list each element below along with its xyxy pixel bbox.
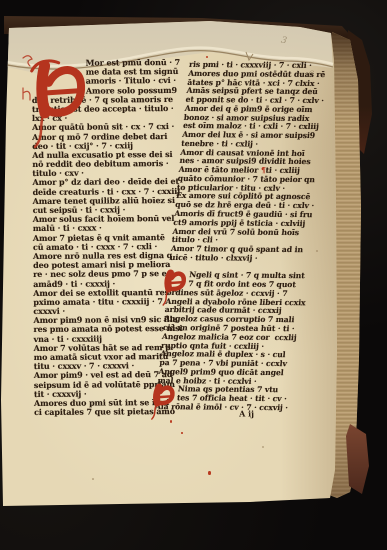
stain-speck <box>92 478 94 480</box>
pilcrow-mark: ¶ <box>260 166 266 175</box>
text-block: A Mor est pmū donū · 7me data est tm sig… <box>0 0 344 515</box>
red-ink-dot <box>208 471 211 475</box>
red-ink-dot <box>206 56 208 58</box>
photo-background: 3 6 A Mor est pmū donū · 7me data est tm… <box>0 0 387 550</box>
stain-speck <box>262 446 264 448</box>
red-ink-dot <box>170 420 172 423</box>
text-line: Angeloz malicia 7 eoz cor ccxlij <box>162 332 289 342</box>
manuscript-page: 3 6 A Mor est pmū donū · 7me data est tm… <box>0 0 342 514</box>
stain-speck <box>316 250 318 252</box>
illuminated-initial-anima <box>150 383 178 421</box>
illuminated-initial-angeli <box>161 269 189 307</box>
illuminated-initial-amor <box>29 57 90 153</box>
text-line: uicē · titulo · clxxvij · <box>170 253 297 263</box>
text-line: Amores duo pmi ostēdūt duas rē <box>188 69 315 79</box>
red-ink-dot <box>181 432 183 434</box>
text-line: nō reddit deo debitum amoris · <box>32 158 192 168</box>
text-line: Amor solus facit hoīem bonū vel <box>33 213 193 223</box>
red-margin-marks <box>19 50 37 106</box>
quire-signature: A ij <box>239 408 254 418</box>
